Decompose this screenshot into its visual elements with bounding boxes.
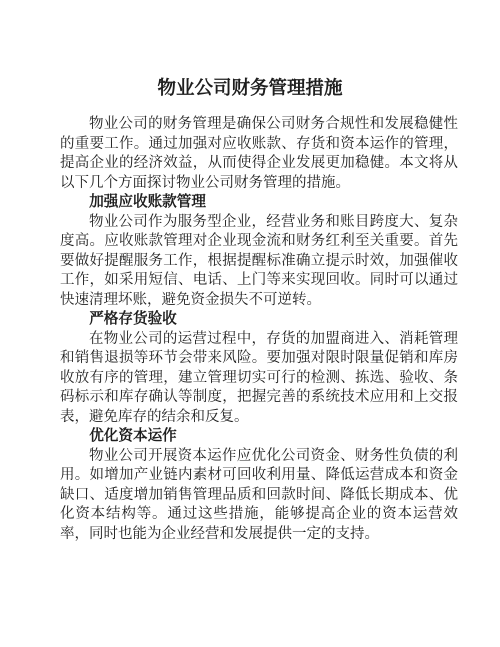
section-paragraph-inventory: 在物业公司的运营过程中，存货的加盟商进入、消耗管理和销售退损等环节会带来风险。要… — [60, 330, 458, 428]
document-page: 物业公司财务管理措施 物业公司的财务管理是确保公司财务合规性和发展稳健性的重要工… — [0, 0, 500, 647]
intro-paragraph: 物业公司的财务管理是确保公司财务合规性和发展稳健性的重要工作。通过加强对应收账款… — [60, 115, 458, 193]
section-heading-inventory: 严格存货验收 — [60, 310, 458, 330]
section-paragraph-capital: 物业公司开展资本运作应优化公司资金、财务性负债的利用。如增加产业链内素材可回收利… — [60, 447, 458, 545]
section-heading-capital: 优化资本运作 — [60, 427, 458, 447]
section-heading-receivables: 加强应收账款管理 — [60, 193, 458, 213]
document-title: 物业公司财务管理措施 — [0, 78, 500, 100]
section-paragraph-receivables: 物业公司作为服务型企业，经营业务和账目跨度大、复杂度高。应收账款管理对企业现金流… — [60, 213, 458, 311]
